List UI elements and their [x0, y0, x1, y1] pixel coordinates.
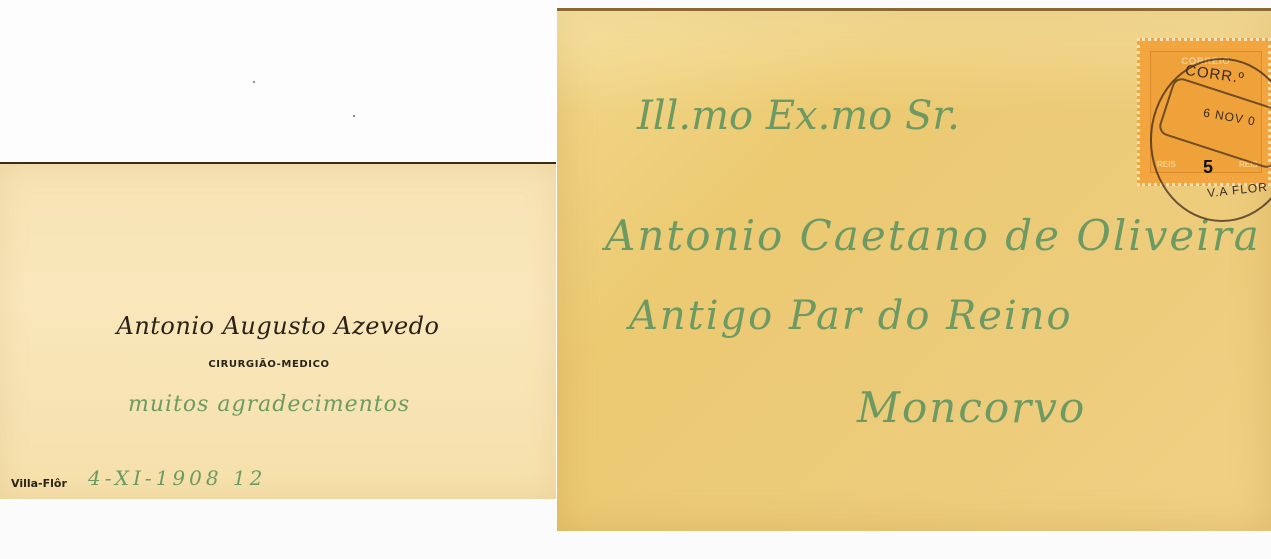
address-name: Antonio Caetano de Oliveira — [605, 211, 1261, 260]
card-place: Villa-Flôr — [11, 477, 67, 490]
handwritten-note: muitos agradecimentos — [128, 392, 410, 417]
handwritten-date: 4-XI-1908 12 — [88, 466, 266, 490]
address-salutation: Ill.mo Ex.mo Sr. — [637, 93, 960, 139]
card-name: Antonio Augusto Azevedo — [0, 312, 556, 340]
card-title: CIRURGIÃO-MEDICO — [0, 359, 538, 370]
dust-speck — [253, 81, 255, 83]
dust-speck — [353, 115, 355, 117]
address-town: Moncorvo — [857, 383, 1086, 432]
scanner-background — [0, 0, 557, 162]
address-title: Antigo Par do Reino — [629, 293, 1073, 339]
calling-card: Antonio Augusto Azevedo CIRURGIÃO-MEDICO… — [0, 162, 556, 499]
